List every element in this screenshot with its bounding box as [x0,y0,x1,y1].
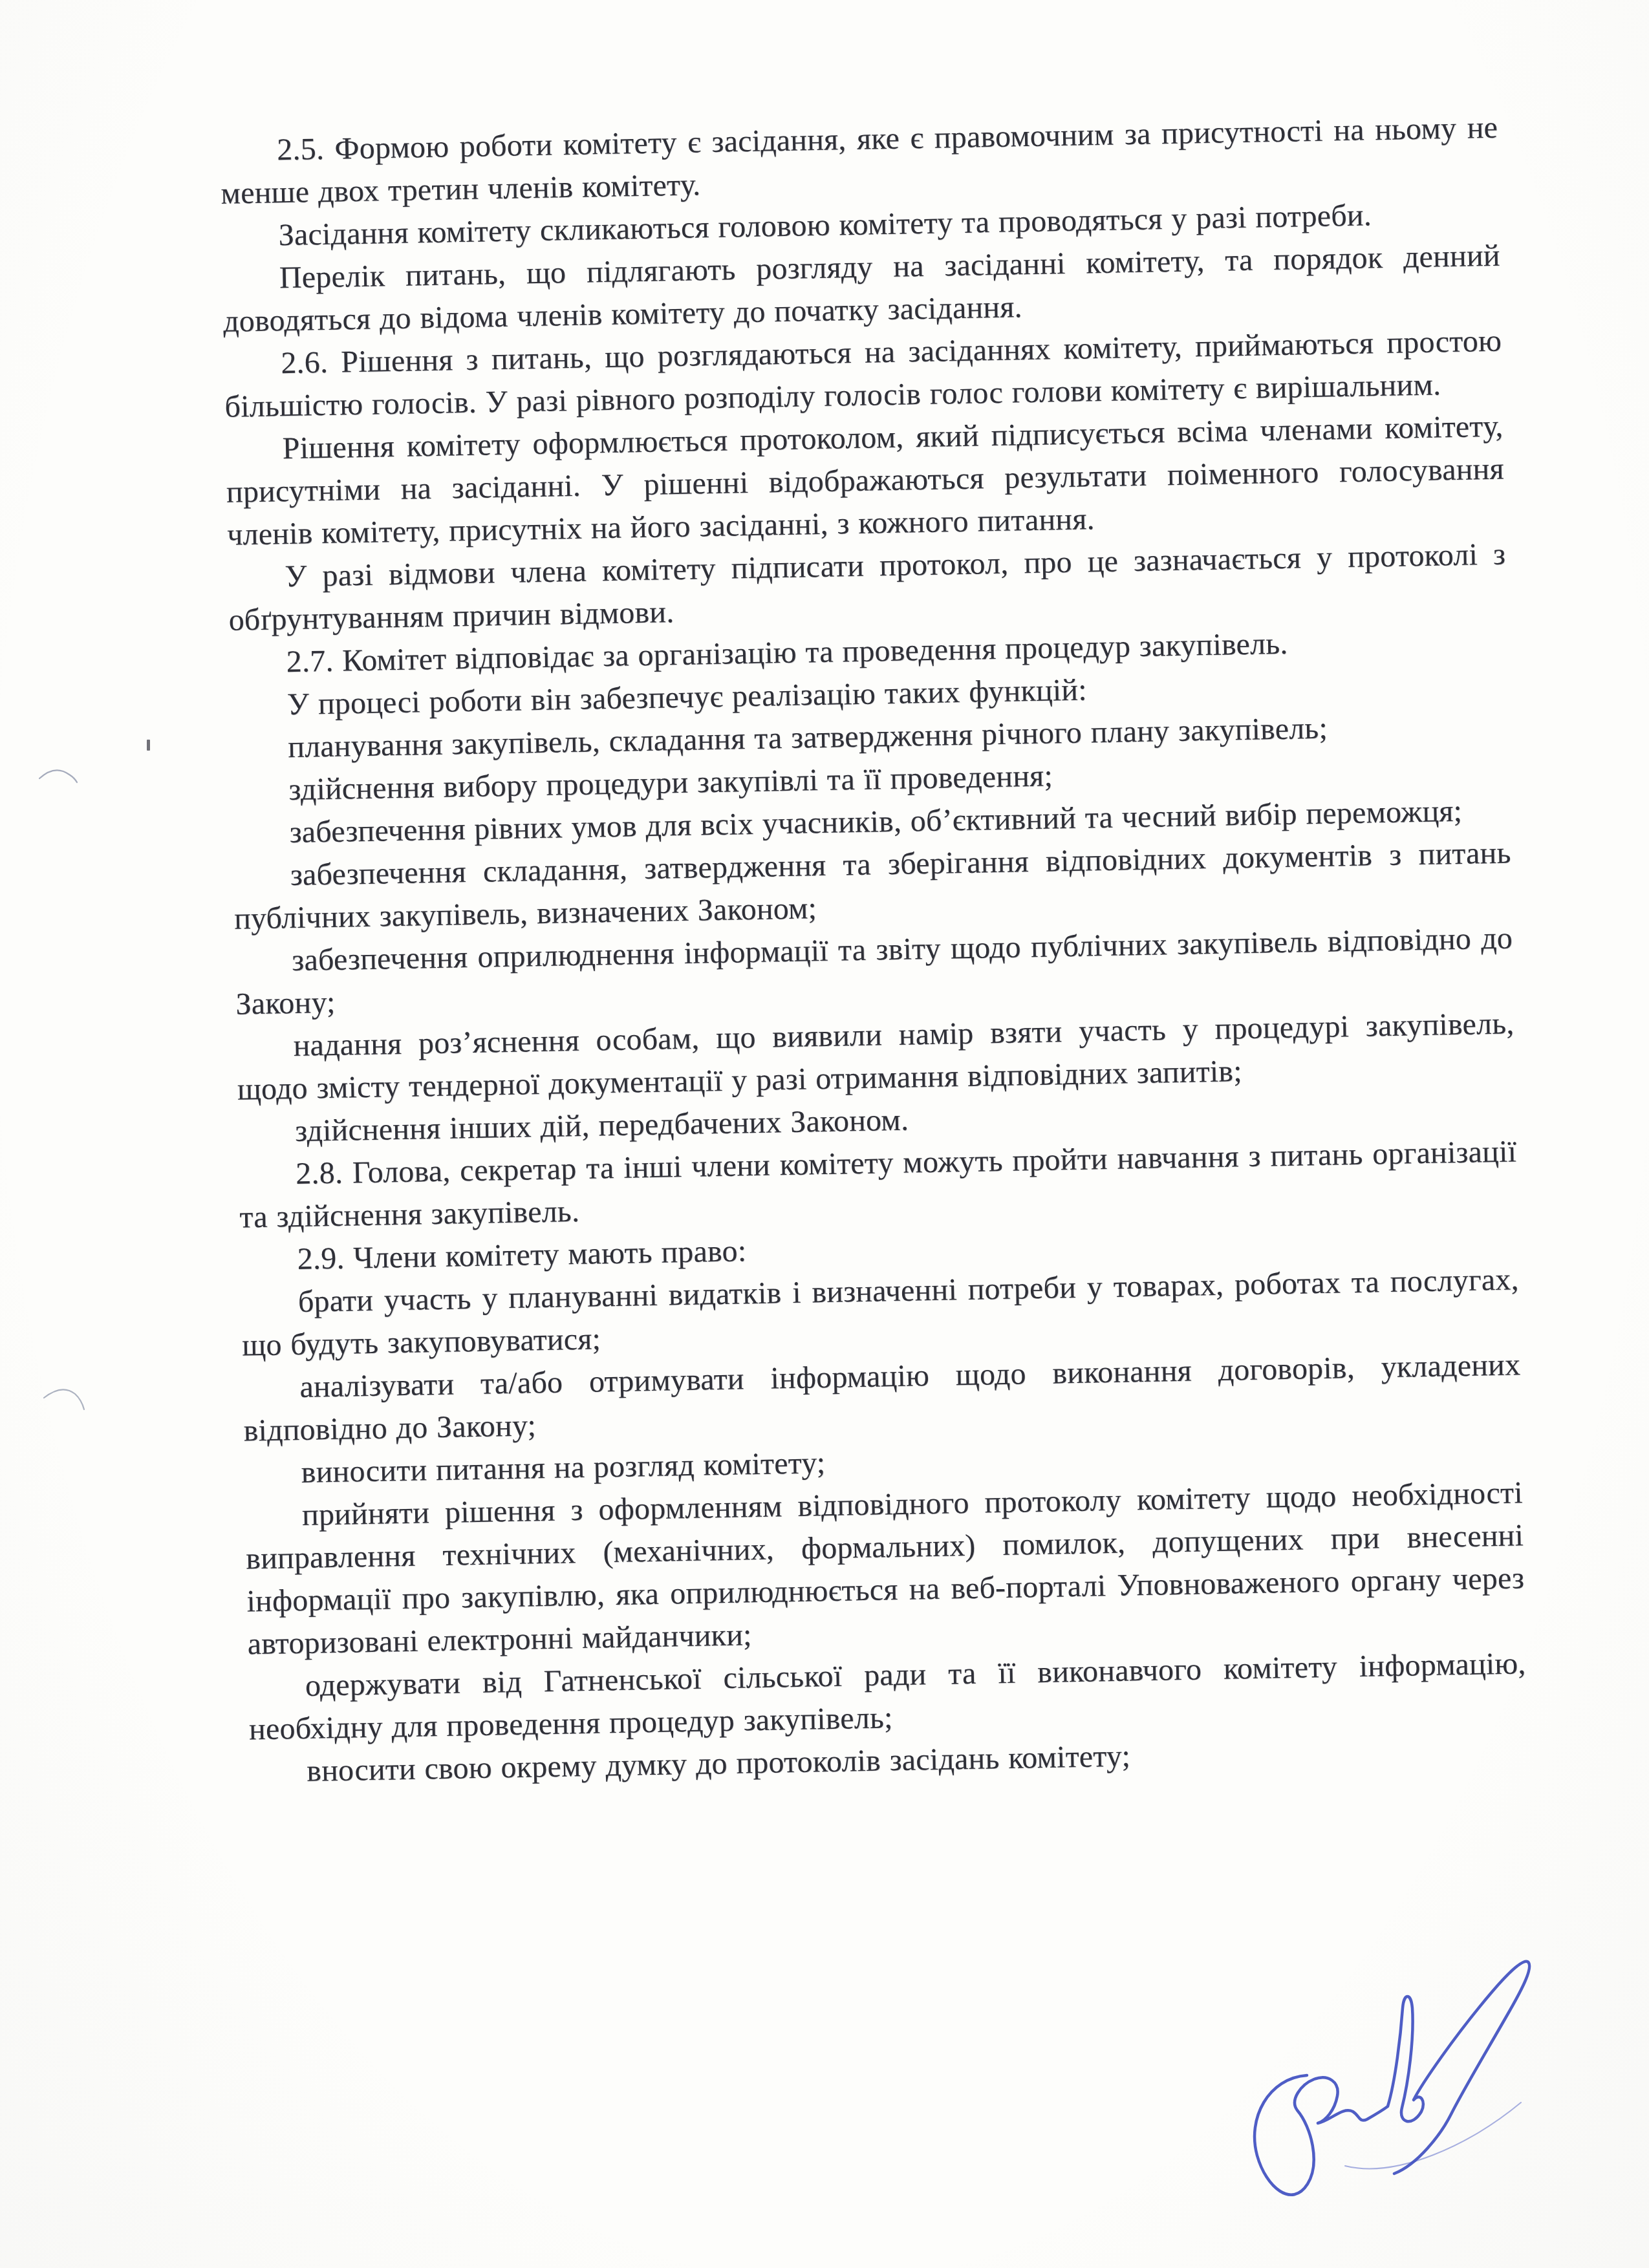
signature-main-stroke [1255,1962,1529,2195]
paragraph-protocol-decision: Рішення комітету оформлюється протоколом… [225,405,1505,557]
signature-flourish-stroke [1345,2102,1521,2168]
document-text: 2.5. Формою роботи комітету є засідання,… [0,0,1649,1798]
signature [1229,1951,1552,2229]
list-item-correct-errors: прийняти рішення з оформленням відповідн… [244,1471,1525,1665]
scanned-document-page: 2.5. Формою роботи комітету є засідання,… [0,0,1649,2268]
ink-speck [147,740,150,751]
